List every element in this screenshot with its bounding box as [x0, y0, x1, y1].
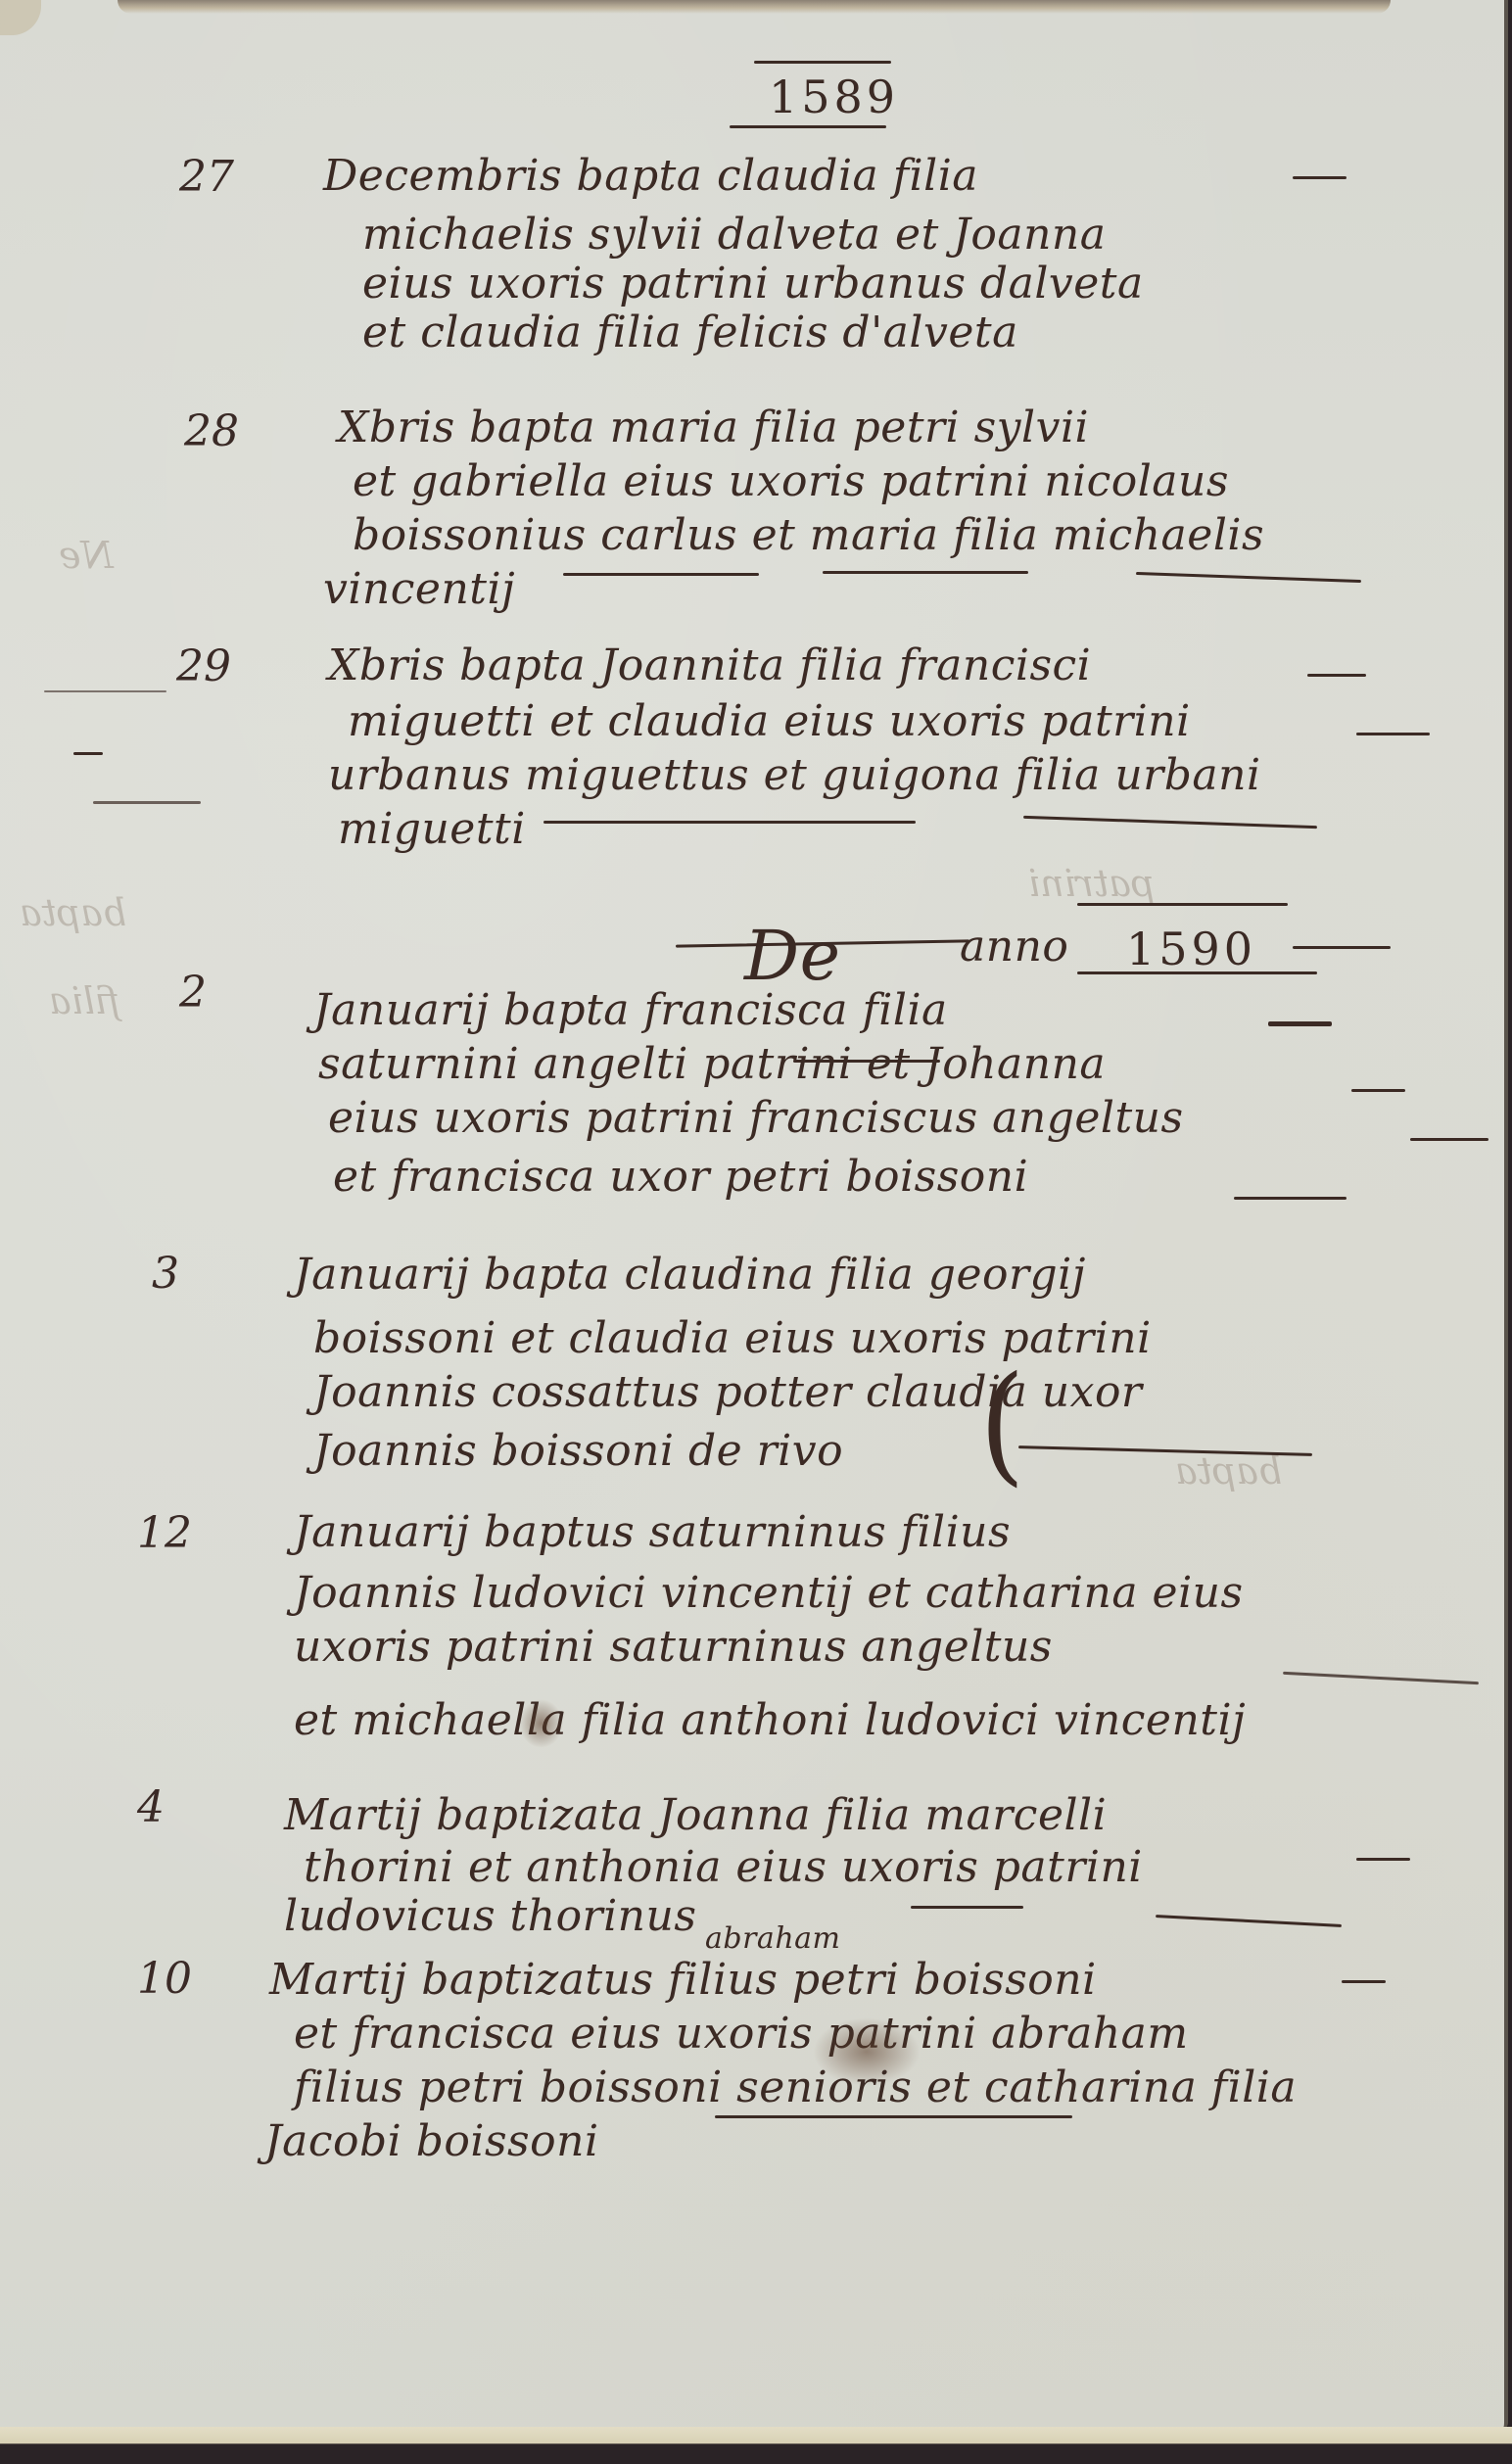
- year-underline: [730, 125, 886, 128]
- torn-page-edge: [0, 2427, 1512, 2464]
- line-filler-dash: [1307, 674, 1366, 677]
- bleed-through-text: bapta: [1175, 1449, 1282, 1493]
- entry-line: Januarij baptus saturninus filius: [294, 1511, 1011, 1554]
- entry-day-number: 2: [179, 968, 207, 1018]
- entry-line: et francisca uxor petri boissoni: [333, 1156, 1028, 1199]
- line-filler-dash: [1410, 1138, 1488, 1141]
- margin-dash: [44, 690, 166, 692]
- line-filler-dash: [1293, 946, 1391, 949]
- entry-day-number: 12: [137, 1508, 192, 1558]
- entry-line: et francisca eius uxoris patrini abraham: [294, 2013, 1189, 2056]
- line-filler-dash: [1268, 1021, 1332, 1026]
- section-header-prefix: De: [744, 916, 841, 996]
- entry-line: Joannis boissoni de rivo: [313, 1430, 843, 1473]
- entry-line: Januarij bapta claudina filia georgij: [294, 1254, 1086, 1297]
- line-filler-dash: [1283, 1672, 1479, 1684]
- section-header-label: anno: [960, 925, 1068, 969]
- entry-line: vincentij: [323, 568, 515, 611]
- entry-line: boissonius carlus et maria filia michael…: [353, 514, 1264, 557]
- bleed-through-text: bapta: [20, 891, 126, 934]
- entry-line: ludovicus thorinus: [284, 1895, 696, 1938]
- entry-line: miguetti et claudia eius uxoris patrini: [348, 700, 1191, 743]
- line-filler-dash: [1023, 816, 1317, 829]
- line-filler-dash: [563, 573, 759, 576]
- line-filler-dash: [1136, 572, 1361, 583]
- entry-line: Joannis ludovici vincentij et catharina …: [294, 1572, 1244, 1615]
- bleed-through-text: Ne: [59, 534, 114, 577]
- section-header-overline: [1077, 903, 1288, 906]
- line-filler-dash: [1156, 1915, 1342, 1927]
- entry-line: miguetti: [338, 808, 526, 851]
- line-filler-dash: [543, 821, 916, 824]
- bleed-through-text: patrini: [1028, 862, 1155, 905]
- ink-blot: [519, 1699, 563, 1748]
- entry-line: Januarij bapta francisca filia: [313, 989, 948, 1032]
- entry-day-number: 27: [179, 152, 234, 202]
- line-filler-dash: [1234, 1197, 1347, 1200]
- entry-line: michaelis sylvii dalveta et Joanna: [362, 213, 1107, 257]
- entry-line: saturnini angelti patrini et Johanna: [318, 1043, 1106, 1086]
- entry-day-number: 28: [184, 406, 239, 456]
- entry-day-number: 29: [176, 641, 231, 691]
- entry-line: Martij baptizata Joanna filia marcelli: [284, 1794, 1107, 1837]
- page-corner: [0, 0, 41, 35]
- entry-line: eius uxoris patrini urbanus dalveta: [362, 262, 1144, 306]
- entry-line: Martij baptizatus filius petri boissoni: [269, 1959, 1097, 2002]
- bleed-through-text: filia: [49, 979, 119, 1022]
- entry-line: urbanus miguettus et guigona filia urban…: [328, 754, 1261, 797]
- entry-line: Xbris bapta maria filia petri sylvii: [338, 406, 1089, 450]
- entry-line: thorini et anthonia eius uxoris patrini: [304, 1846, 1143, 1889]
- entry-line: et michaella filia anthoni ludovici vinc…: [294, 1699, 1246, 1742]
- entry-line: Xbris bapta Joannita filia francisci: [328, 644, 1091, 687]
- manuscript-page: Ne bapta filia patrini bapta 1589 27 Dec…: [0, 0, 1508, 2429]
- entry-line: et gabriella eius uxoris patrini nicolau…: [353, 460, 1229, 503]
- line-filler-dash: [1356, 733, 1430, 735]
- margin-dash: [93, 801, 201, 804]
- entry-line: Jacobi boissoni: [264, 2120, 599, 2163]
- entry-line: eius uxoris patrini franciscus angeltus: [328, 1097, 1184, 1140]
- superscript-insertion: abraham: [705, 1921, 840, 1956]
- section-header-year: 1590: [1126, 923, 1256, 975]
- entry-day-number: 4: [137, 1782, 165, 1832]
- line-filler-dash: [1351, 1089, 1405, 1092]
- line-filler-dash: [1342, 1980, 1386, 1983]
- strikethrough: [793, 1060, 940, 1063]
- year-overline: [754, 61, 891, 64]
- entry-line: Decembris bapta claudia filia: [323, 155, 978, 198]
- entry-day-number: 10: [137, 1954, 192, 2004]
- line-filler-dash: [1293, 176, 1347, 179]
- line-filler-dash: [1356, 1858, 1410, 1861]
- entry-line: filius petri boissoni senioris et cathar…: [294, 2066, 1297, 2109]
- margin-dash: [73, 752, 103, 755]
- entry-line: boissoni et claudia eius uxoris patrini: [313, 1317, 1152, 1360]
- bracket-mark: (: [979, 1360, 1025, 1490]
- entry-line: uxoris patrini saturninus angeltus: [294, 1626, 1053, 1669]
- section-header-underline: [1077, 971, 1317, 974]
- year-header: 1589: [769, 71, 899, 123]
- line-filler-dash: [715, 2115, 1072, 2118]
- line-filler-dash: [823, 571, 1028, 574]
- entry-line: et claudia filia felicis d'alveta: [362, 311, 1018, 355]
- binding-top-edge: [118, 0, 1391, 14]
- line-filler-dash: [911, 1906, 1023, 1909]
- entry-day-number: 3: [152, 1249, 179, 1299]
